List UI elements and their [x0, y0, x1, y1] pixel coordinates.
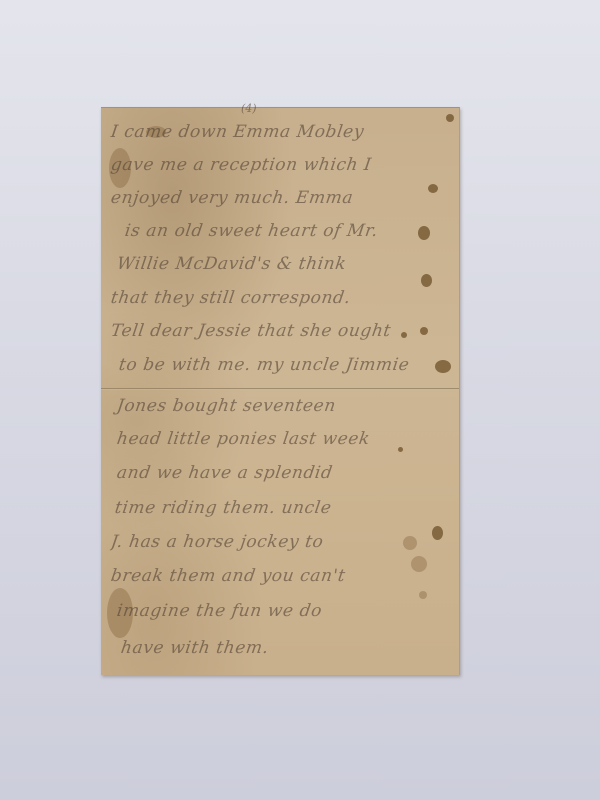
text-line: that they still correspond.	[110, 288, 453, 308]
text-line: Jones bought seventeen	[110, 396, 453, 416]
text-line: time riding them. uncle	[110, 498, 453, 518]
text-line: J. has a horse jockey to	[110, 532, 453, 552]
text-line: Willie McDavid's & think	[110, 254, 453, 274]
text-line: Tell dear Jessie that she ought	[110, 321, 453, 341]
text-line: break them and you can't	[110, 566, 453, 586]
text-line: and we have a splendid	[110, 463, 453, 483]
text-line: is an old sweet heart of Mr.	[110, 221, 453, 241]
letter-page: (4) I came down Emma Mobley gave me a re…	[101, 107, 460, 675]
text-line: to be with me. my uncle Jimmie	[110, 355, 453, 375]
text-line: imagine the fun we do	[110, 601, 453, 621]
text-line: I came down Emma Mobley	[110, 122, 453, 142]
text-line: head little ponies last week	[110, 429, 453, 449]
text-line: enjoyed very much. Emma	[110, 188, 453, 208]
text-line: gave me a reception which I	[110, 155, 453, 175]
handwritten-text: I came down Emma Mobley gave me a recept…	[101, 108, 459, 675]
text-line: have with them.	[110, 638, 453, 658]
